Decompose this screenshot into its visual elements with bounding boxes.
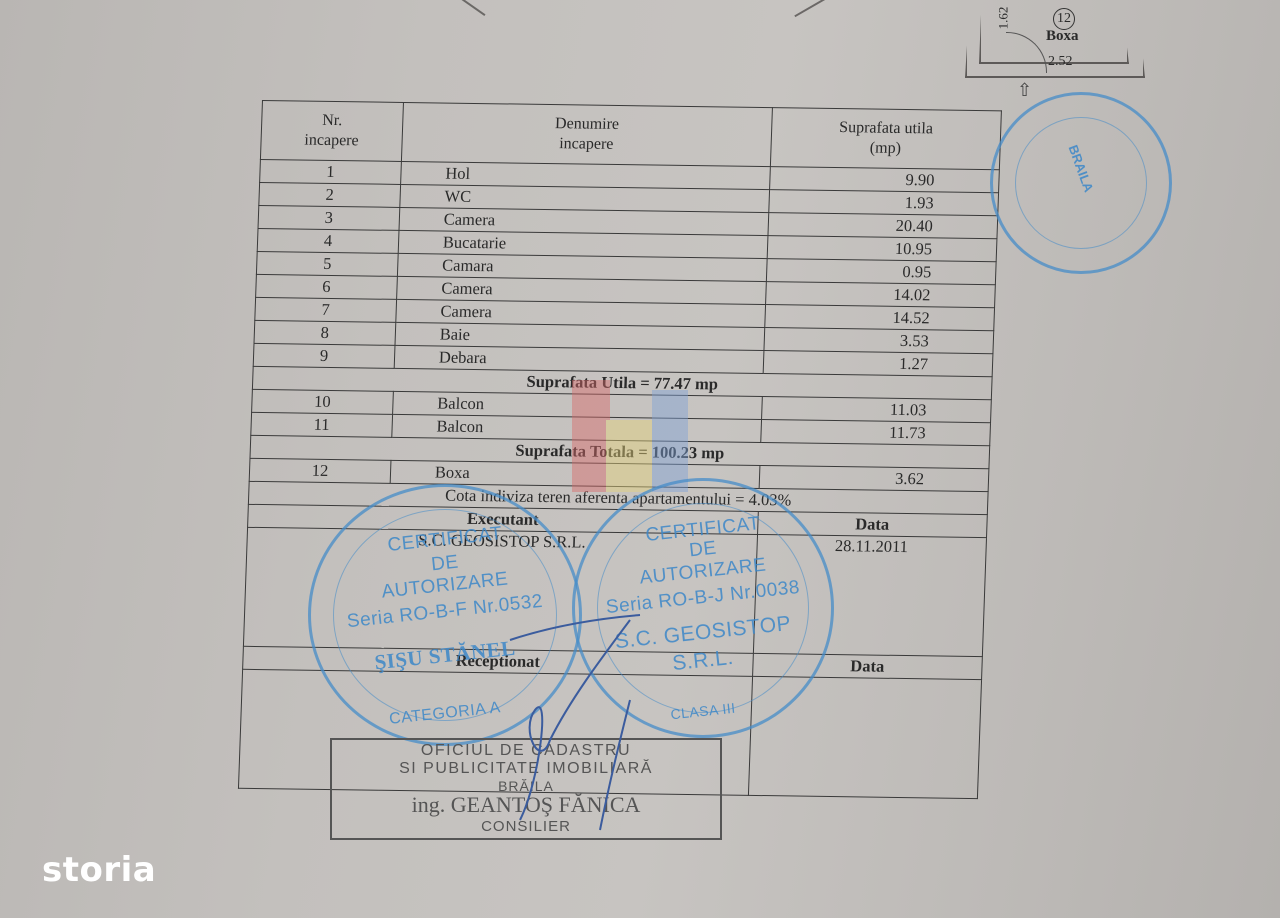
room-area-table: Nr. incapere Denumire incapere Suprafata…	[238, 100, 1002, 799]
rect-stamp-line: OFICIUL DE CADASTRU	[332, 742, 720, 760]
dimension-width: 2.52	[1048, 54, 1073, 70]
room-nr: 11	[251, 412, 393, 437]
room-number-circle: 12	[1053, 8, 1075, 30]
entry-arrow-icon: ⇧	[1017, 80, 1032, 101]
room-nr: 3	[258, 205, 400, 230]
executant-name: S.C. GEOSISTOP S.R.L.	[243, 527, 757, 653]
header-area: Suprafata utila (mp)	[770, 108, 1001, 170]
room-label: Boxa	[1046, 28, 1079, 45]
plan-fragment	[434, 0, 509, 16]
room-nr: 4	[257, 228, 399, 253]
room-area: 11.03	[761, 397, 991, 423]
room-area: 14.52	[764, 305, 994, 331]
executant-date-label: Data	[757, 511, 987, 537]
rect-stamp-name: ing. GEANTOŞ FĂNICA	[332, 792, 720, 818]
room-area: 1.27	[763, 351, 993, 377]
scanned-document: 12 Boxa 2.52 1.62 ⇧ Nr. incapere Denumir…	[0, 0, 1280, 918]
room-area: 3.53	[764, 328, 994, 354]
room-area: 10.95	[767, 236, 997, 262]
room-area: 20.40	[768, 213, 998, 239]
plan-fragment	[774, 0, 857, 17]
receptionat-date-cell	[748, 676, 981, 798]
rect-stamp-line: SI PUBLICITATE IMOBILIARĂ	[332, 760, 720, 778]
room-area: 11.73	[760, 420, 990, 446]
room-area-table-container: Nr. incapere Denumire incapere Suprafata…	[238, 100, 1002, 799]
room-nr: 2	[259, 182, 401, 207]
rect-stamp-title: CONSILIER	[332, 818, 720, 835]
executant-date: 28.11.2011	[753, 534, 986, 656]
stamp-inner-ring	[1015, 117, 1147, 249]
receptionat-date-label: Data	[752, 653, 982, 679]
ocpi-round-stamp: BRAILA	[990, 92, 1172, 274]
room-nr: 6	[256, 274, 398, 299]
room-nr: 10	[252, 389, 394, 414]
room-nr: 9	[253, 343, 395, 368]
room-area: 14.02	[765, 282, 995, 308]
storia-logo: storia	[42, 850, 156, 890]
room-area: 3.62	[759, 465, 989, 491]
table-header-row: Nr. incapere Denumire incapere Suprafata…	[260, 101, 1001, 170]
room-nr: 7	[255, 297, 397, 322]
room-nr: 8	[254, 320, 396, 345]
header-name: Denumire incapere	[401, 102, 772, 166]
room-area: 9.90	[769, 167, 999, 193]
room-nr: 12	[249, 458, 391, 483]
ocpi-rect-stamp: OFICIUL DE CADASTRU SI PUBLICITATE IMOBI…	[330, 738, 722, 840]
executant-row: S.C. GEOSISTOP S.R.L. 28.11.2011	[243, 527, 986, 656]
dimension-depth: 1.62	[995, 7, 1011, 30]
room-nr: 5	[256, 251, 398, 276]
header-nr: Nr. incapere	[260, 101, 403, 162]
ocpi-stamp-text: BRAILA	[1044, 83, 1118, 254]
room-area: 0.95	[766, 259, 996, 285]
room-nr: 1	[260, 159, 402, 184]
room-area: 1.93	[768, 190, 998, 216]
